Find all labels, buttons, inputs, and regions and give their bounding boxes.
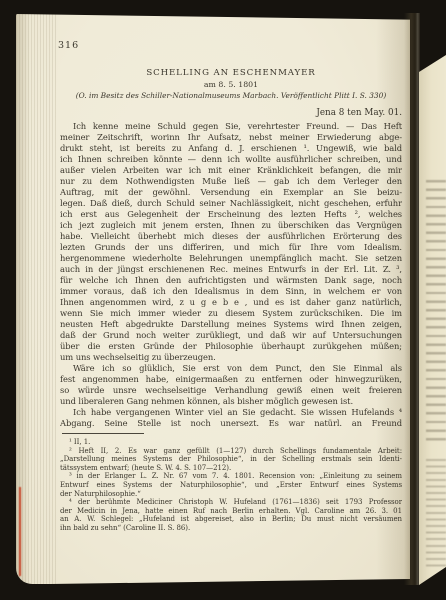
- text-line: außer vielen Arbeiten war ich mit einer …: [60, 165, 402, 176]
- text-line: um uns wechselseitig zu überzeugen.: [60, 352, 402, 363]
- text-line: Ich kenne meine Schuld gegen Sie, verehr…: [60, 121, 402, 132]
- text-line: drukt steht, ist bereits zu Anfang d. J.…: [60, 143, 402, 154]
- book-photo: 316 SCHELLING AN ESCHENMAYER am 8. 5. 18…: [0, 0, 446, 600]
- text-line: hergenommene wiederholte Belehrungen une…: [60, 253, 402, 264]
- text-line: daß der Grund noch weiter zurükliegt, un…: [60, 330, 402, 341]
- letter-body: Ich kenne meine Schuld gegen Sie, verehr…: [60, 121, 402, 429]
- binding-crease: [404, 13, 420, 585]
- text-line: Auftrag, mit der gewöhnl. Versendung ein…: [60, 187, 402, 198]
- page-content: 316 SCHELLING AN ESCHENMAYER am 8. 5. 18…: [60, 13, 402, 584]
- text-line: der Naturphilosophie.“: [60, 490, 402, 499]
- text-line: für welche ich Ihnen den aufrichtigsten …: [60, 275, 402, 286]
- text-line: über die ersten Gründe der Philosophie ü…: [60, 341, 402, 352]
- page-number: 316: [58, 40, 79, 51]
- facing-page-footnote-blur: [426, 459, 446, 567]
- text-line: auch in der jüngst erschienenen Rec. mei…: [60, 264, 402, 275]
- text-line: habe. Vielleicht überhebt mich dieses de…: [60, 231, 402, 242]
- text-line: und liberaleren Gang nehmen können, als …: [60, 396, 402, 407]
- text-line: Ihnen angenommen wird, z u g e b e , und…: [60, 297, 402, 308]
- text-line: Wäre ich so glüklich, Sie erst von dem P…: [60, 363, 402, 374]
- letter-date: am 8. 5. 1801: [60, 80, 402, 89]
- text-line: an A. W. Schlegel: „Hufeland ist abgerei…: [60, 515, 402, 524]
- text-line: neusten Heft abgedrukte Darstellung mein…: [60, 319, 402, 330]
- text-line: meiner Zeitschrift, worinn Ihr Aufsatz, …: [60, 132, 402, 143]
- text-line: legen. Daß dieß, durch Schuld seiner Nac…: [60, 198, 402, 209]
- footnote-separator: [62, 433, 144, 434]
- text-line: Entwurf eines Systems der Naturphilosoph…: [60, 481, 402, 490]
- facing-page: [419, 55, 446, 585]
- text-line: tätssystem entwarf; (heute S. W. 4. S. 1…: [60, 464, 402, 473]
- letter-heading: SCHELLING AN ESCHENMAYER: [60, 68, 402, 78]
- text-line: ² Heft II, 2. Es war ganz gefüllt (1—127…: [60, 447, 402, 456]
- text-line: ⁴ der berühmte Mediciner Christoph W. Hu…: [60, 498, 402, 507]
- facing-page-text-blur: [426, 180, 446, 445]
- text-line: wenn Sie mich immer wieder zu diesem Sys…: [60, 308, 402, 319]
- text-line: lezten Grunds der uns differiren, und mi…: [60, 242, 402, 253]
- text-line: der Medicin in Jena, hatte einen Ruf nac…: [60, 507, 402, 516]
- text-line: nur zu dem Nothwendigsten Muße ließ — ga…: [60, 176, 402, 187]
- letter-provenance: (O. im Besitz des Schiller-Nationalmuseu…: [60, 91, 402, 100]
- text-line: ihn bald zu sehn“ (Caroline II. S. 86).: [60, 524, 402, 533]
- letter-dateline: Jena 8 ten May. 01.: [316, 108, 402, 118]
- text-line: immer voraus, daß ich den Idealismus in …: [60, 286, 402, 297]
- text-line: ich erst aus Gelegenheit der Erscheinung…: [60, 209, 402, 220]
- text-line: Ich habe vergangenen Winter viel an Sie …: [60, 407, 402, 418]
- book-page: 316 SCHELLING AN ESCHENMAYER am 8. 5. 18…: [16, 13, 410, 584]
- text-line: ¹ II, 1.: [60, 438, 402, 447]
- page-fore-edge: [16, 13, 58, 584]
- text-line: Abgang. Seine Stelle ist noch unersezt. …: [60, 418, 402, 429]
- text-line: ich jezt zugleich mit jenem ersten, Ihne…: [60, 220, 402, 231]
- text-line: ich Ihnen schreiben könnte — denn ich wo…: [60, 154, 402, 165]
- footnotes: ¹ II, 1.² Heft II, 2. Es war ganz gefüll…: [60, 438, 402, 533]
- text-line: ³ in der Erlanger L. Z. Nr. 67 vom 7. 4.…: [60, 472, 402, 481]
- text-line: „Darstellung meines Systems der Philosop…: [60, 455, 402, 464]
- text-line: so würde unsre wechselseitige Verhandlun…: [60, 385, 402, 396]
- red-edge-line: [19, 487, 21, 576]
- text-line: fest angenommen habe, einigermaaßen zu e…: [60, 374, 402, 385]
